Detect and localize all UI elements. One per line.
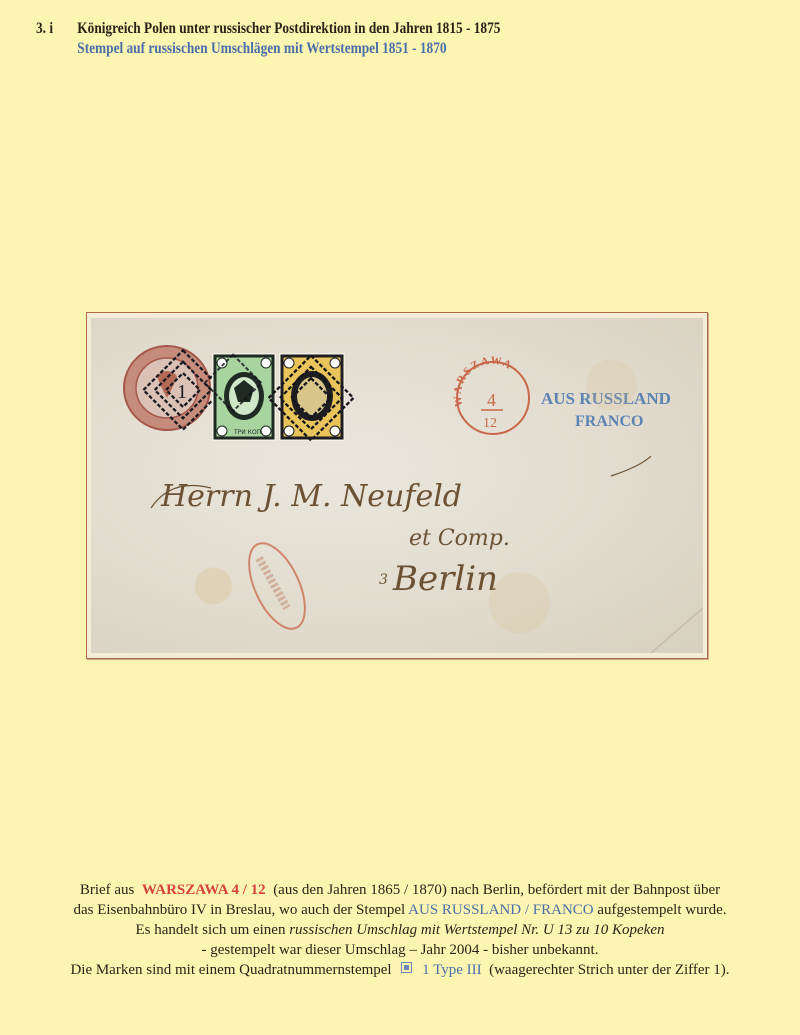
envelope-type-italic: russischen Umschlag mit Wertstempel Nr. …	[289, 922, 664, 938]
heading-title-line: 3. iKönigreich Polen unter russischer Po…	[36, 19, 500, 39]
description-caption: Brief aus WARSZAWA 4 / 12 (aus den Jahre…	[0, 880, 800, 980]
section-subtitle: Stempel auf russischen Umschlägen mit We…	[36, 39, 500, 59]
svg-text:Berlin: Berlin	[392, 559, 498, 599]
svg-text:FRANCO: FRANCO	[575, 413, 643, 430]
section-title: Königreich Polen unter russischer Postdi…	[77, 20, 500, 37]
warszawa-postmark-icon: WARSZAWA 4 12	[452, 355, 529, 434]
caption-line-1: Brief aus WARSZAWA 4 / 12 (aus den Jahre…	[0, 880, 800, 900]
caption-line-3: Es handelt sich um einen russischen Umsc…	[0, 920, 800, 940]
handwritten-address: Herrn J. M. Neufeld et Comp. 3 Berlin	[151, 456, 651, 599]
caption-text: Brief aus	[80, 882, 135, 898]
svg-text:Herrn J. M. Neufeld: Herrn J. M. Neufeld	[160, 479, 462, 514]
railway-office-oval-cancel-icon	[238, 535, 317, 637]
warszawa-date-highlight: WARSZAWA 4 / 12	[142, 882, 266, 898]
envelope-artwork: 1 ТРИ КОП.	[91, 318, 703, 653]
square-numeral-cancel-icon	[401, 962, 412, 973]
caption-text: (aus den Jahren 1865 / 1870) nach Berlin…	[273, 882, 720, 898]
caption-line-2: das Eisenbahnbüro IV in Breslau, wo auch…	[0, 900, 800, 920]
caption-text: das Eisenbahnbüro IV in Breslau, wo auch…	[73, 902, 405, 918]
caption-text: - gestempelt war dieser Umschlag – Jahr …	[202, 942, 599, 958]
envelope-mount: 1 ТРИ КОП.	[86, 312, 708, 659]
svg-text:4: 4	[487, 390, 496, 410]
caption-text: (waagerechter Strich unter der Ziffer 1)…	[489, 962, 729, 978]
svg-text:WARSZAWA: WARSZAWA	[452, 355, 515, 408]
envelope-image: 1 ТРИ КОП.	[91, 318, 703, 653]
caption-text: Die Marken sind mit einem Quadratnummern…	[70, 962, 391, 978]
svg-text:ТРИ КОП.: ТРИ КОП.	[233, 429, 263, 436]
aus-russland-franco-stamp: AUS RUSSLAND FRANCO	[541, 389, 671, 430]
svg-text:AUS RUSSLAND: AUS RUSSLAND	[541, 389, 671, 408]
svg-text:et Comp.: et Comp.	[409, 526, 510, 551]
type-iii-highlight: 1 Type III	[422, 962, 482, 978]
section-number: 3. i	[36, 19, 77, 39]
svg-text:3: 3	[379, 572, 388, 588]
caption-text: Es handelt sich um einen	[136, 922, 286, 938]
aus-russland-highlight: AUS RUSSLAND / FRANCO	[408, 902, 593, 918]
caption-line-5: Die Marken sind mit einem Quadratnummern…	[0, 960, 800, 980]
svg-text:1: 1	[177, 381, 187, 403]
caption-line-4: - gestempelt war dieser Umschlag – Jahr …	[0, 940, 800, 960]
page-heading: 3. iKönigreich Polen unter russischer Po…	[36, 19, 500, 59]
caption-text: aufgestempelt wurde.	[597, 902, 726, 918]
svg-text:12: 12	[483, 416, 497, 431]
